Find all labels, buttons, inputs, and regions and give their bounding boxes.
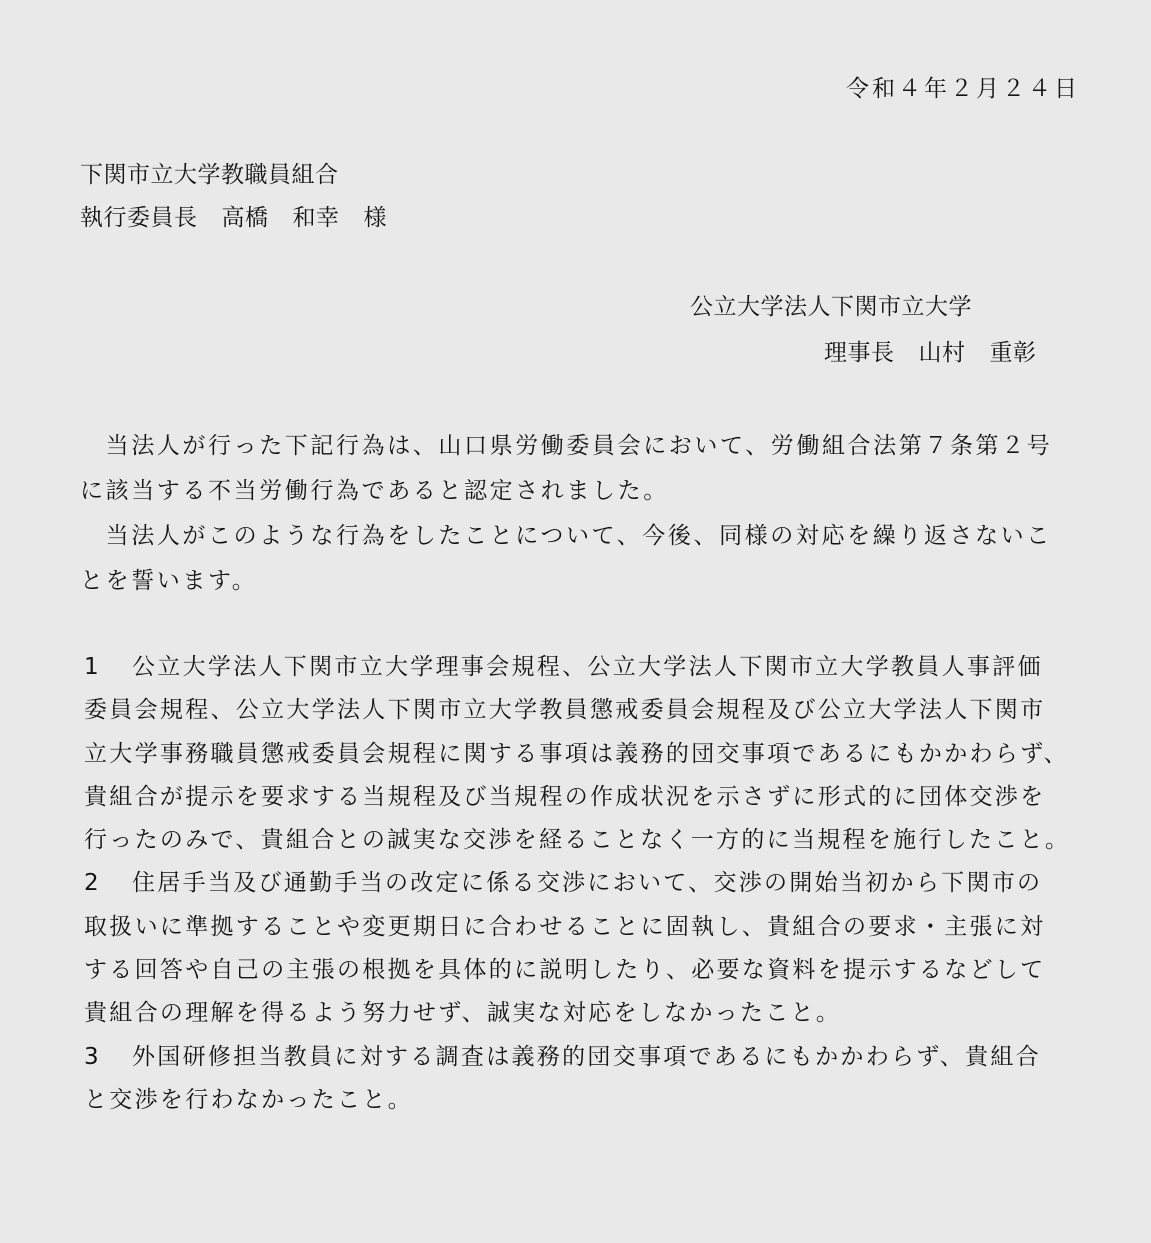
paragraph-line: 当法人が行った下記行為は、山口県労働委員会において、労働組合法第７条第２号 (80, 424, 1090, 469)
sender-given-name: 重彰 (990, 340, 1037, 366)
item-line: 3外国研修担当教員に対する調査は義務的団交事項であるにもかかわらず、貴組合 (84, 1036, 1094, 1079)
body-paragraph-1: 当法人が行った下記行為は、山口県労働委員会において、労働組合法第７条第２号 に該… (80, 424, 1090, 514)
item-line: 貴組合の理解を得るよう努力せず、誠実な対応をしなかったこと。 (84, 992, 1094, 1035)
item-text: 住居手当及び通勤手当の改定に係る交渉において、交渉の開始当初から下関市の (132, 870, 1042, 896)
item-list: 1公立大学法人下関市立大学理事会規程、公立大学法人下関市立大学教員人事評価 委員… (84, 646, 1094, 1122)
addressee-organization: 下関市立大学教職員組合 (80, 160, 339, 190)
addressee-family-name: 高橋 (222, 205, 269, 231)
item-line: 貴組合が提示を要求する当規程及び当規程の作成状況を示さずに形式的に団体交渉を (84, 776, 1094, 819)
list-item-2: 2住居手当及び通勤手当の改定に係る交渉において、交渉の開始当初から下関市の 取扱… (84, 862, 1094, 1035)
item-number: 3 (84, 1036, 132, 1079)
sender-name-line: 理事長山村重彰 (824, 338, 1037, 368)
item-line: 2住居手当及び通勤手当の改定に係る交渉において、交渉の開始当初から下関市の (84, 862, 1094, 905)
item-number: 1 (84, 646, 132, 689)
addressee-given-name: 和幸 (293, 205, 340, 231)
list-item-1: 1公立大学法人下関市立大学理事会規程、公立大学法人下関市立大学教員人事評価 委員… (84, 646, 1094, 862)
body-paragraph-2: 当法人がこのような行為をしたことについて、今後、同様の対応を繰り返さないこ とを… (80, 514, 1090, 604)
item-line: と交渉を行わなかったこと。 (84, 1079, 1094, 1122)
paragraph-line: とを誓います。 (80, 559, 1090, 604)
item-line: 委員会規程、公立大学法人下関市立大学教員懲戒委員会規程及び公立大学法人下関市 (84, 689, 1094, 732)
item-line: 立大学事務職員懲戒委員会規程に関する事項は義務的団交事項であるにもかかわらず、 (84, 733, 1094, 776)
sender-organization: 公立大学法人下関市立大学 (690, 292, 972, 322)
paragraph-line: 当法人がこのような行為をしたことについて、今後、同様の対応を繰り返さないこ (80, 514, 1090, 559)
item-line: 取扱いに準拠することや変更期日に合わせることに固執し、貴組合の要求・主張に対 (84, 906, 1094, 949)
document-date: 令和４年２月２４日 (846, 74, 1080, 104)
item-text: 外国研修担当教員に対する調査は義務的団交事項であるにもかかわらず、貴組合 (132, 1044, 1041, 1070)
sender-family-name: 山村 (919, 340, 966, 366)
item-text: 公立大学法人下関市立大学理事会規程、公立大学法人下関市立大学教員人事評価 (132, 654, 1043, 680)
item-number: 2 (84, 862, 132, 905)
item-line: する回答や自己の主張の根拠を具体的に説明したり、必要な資料を提示するなどして (84, 949, 1094, 992)
addressee-honorific: 様 (364, 205, 388, 231)
item-line: 1公立大学法人下関市立大学理事会規程、公立大学法人下関市立大学教員人事評価 (84, 646, 1094, 689)
addressee-title: 執行委員長 (80, 205, 198, 231)
list-item-3: 3外国研修担当教員に対する調査は義務的団交事項であるにもかかわらず、貴組合 と交… (84, 1036, 1094, 1123)
sender-title: 理事長 (824, 340, 895, 366)
item-line: 行ったのみで、貴組合との誠実な交渉を経ることなく一方的に当規程を施行したこと。 (84, 819, 1094, 862)
addressee-name-line: 執行委員長高橋和幸様 (80, 203, 387, 233)
letter-page: 令和４年２月２４日 下関市立大学教職員組合 執行委員長高橋和幸様 公立大学法人下… (0, 0, 1151, 1243)
paragraph-line: に該当する不当労働行為であると認定されました。 (80, 469, 1090, 514)
